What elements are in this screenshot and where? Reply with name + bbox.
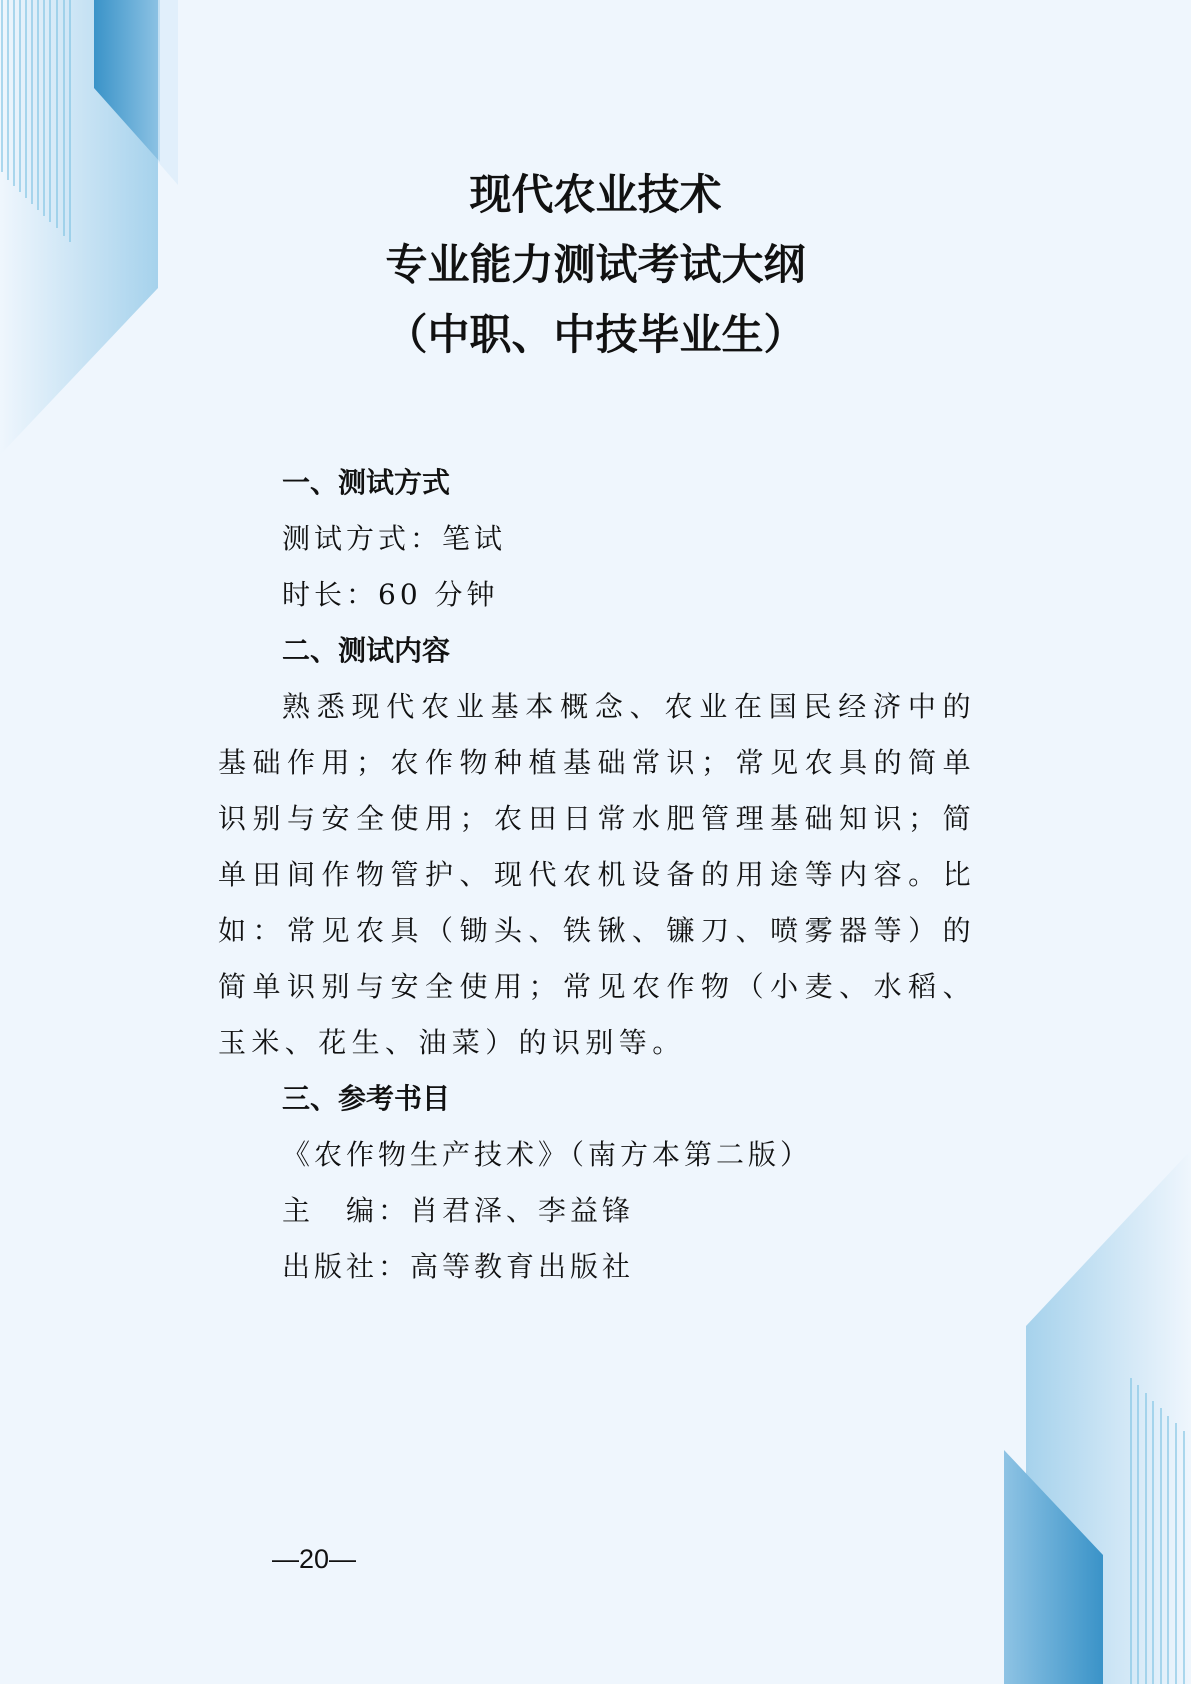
test-content-paragraph: 熟悉现代农业基本概念、农业在国民经济中的基础作用；农作物种植基础常识；常见农具的… — [218, 679, 976, 1071]
title-line-1: 现代农业技术 — [0, 160, 1191, 230]
bottom-right-light-band — [1026, 1150, 1191, 1684]
test-method-line: 测试方式：笔试 — [218, 511, 976, 567]
duration-line: 时长：60 分钟 — [218, 567, 976, 623]
section-heading-references: 三、参考书目 — [218, 1071, 976, 1127]
top-left-dark-band — [94, 0, 160, 162]
bottom-right-dark-band — [1004, 1450, 1103, 1684]
document-title: 现代农业技术 专业能力测试考试大纲 （中职、中技毕业生） — [0, 160, 1191, 370]
reference-book-title: 《农作物生产技术》（南方本第二版） — [218, 1127, 976, 1183]
section-heading-test-content: 二、测试内容 — [218, 623, 976, 679]
reference-publisher: 出版社：高等教育出版社 — [218, 1239, 976, 1295]
page-number: —20— — [272, 1544, 356, 1575]
reference-editors: 主 编：肖君泽、李益锋 — [218, 1183, 976, 1239]
title-line-2: 专业能力测试考试大纲 — [0, 230, 1191, 300]
document-body: 一、测试方式 测试方式：笔试 时长：60 分钟 二、测试内容 熟悉现代农业基本概… — [218, 455, 976, 1295]
section-heading-test-method: 一、测试方式 — [218, 455, 976, 511]
title-line-3: （中职、中技毕业生） — [0, 300, 1191, 370]
